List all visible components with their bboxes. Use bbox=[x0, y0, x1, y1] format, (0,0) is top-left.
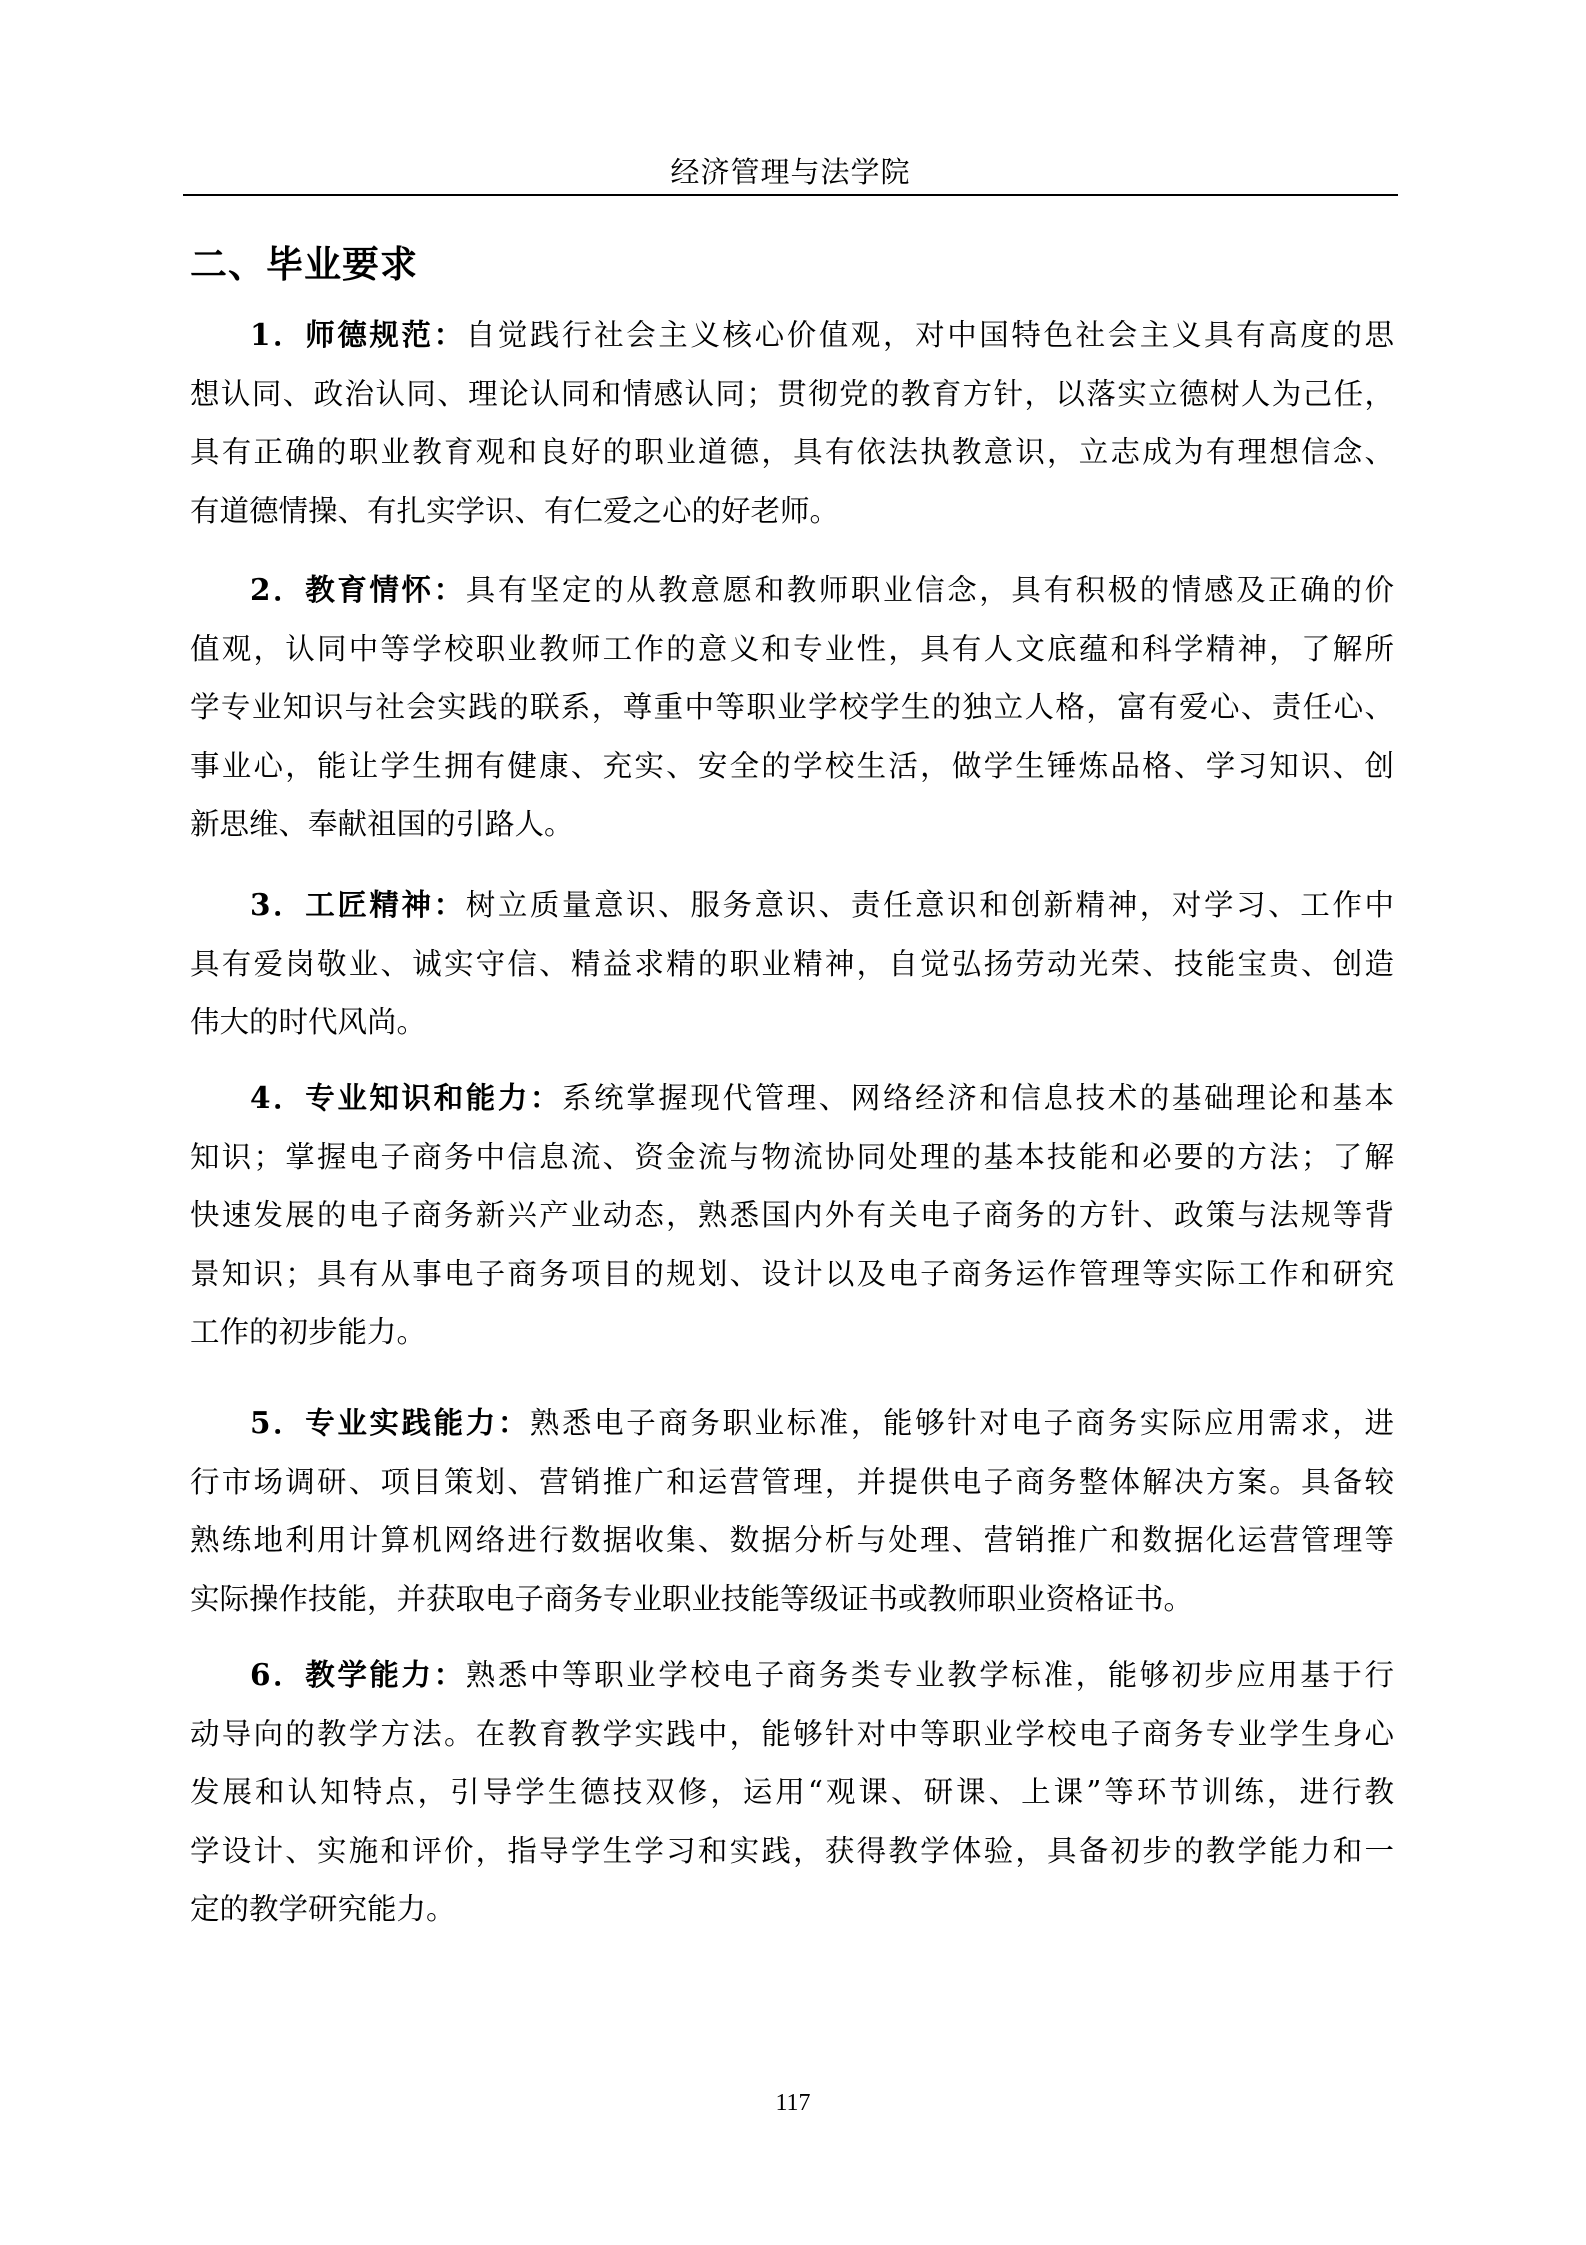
paragraph-line: 2．教育情怀：具有坚定的从教意愿和教师职业信念，具有积极的情感及正确的价 bbox=[190, 561, 1394, 620]
page-header-title: 经济管理与法学院 bbox=[183, 150, 1398, 194]
paragraph-line: 学设计、实施和评价，指导学生学习和实践，获得教学体验，具备初步的教学能力和一 bbox=[190, 1822, 1394, 1881]
paragraph-line: 实际操作技能，并获取电子商务专业职业技能等级证书或教师职业资格证书。 bbox=[190, 1570, 1394, 1629]
paragraph-line: 1．师德规范：自觉践行社会主义核心价值观，对中国特色社会主义具有高度的思 bbox=[190, 306, 1394, 365]
line-text: 熟悉电子商务职业标准，能够针对电子商务实际应用需求，进 bbox=[530, 1406, 1394, 1440]
paragraph-line: 4．专业知识和能力：系统掌握现代管理、网络经济和信息技术的基础理论和基本 bbox=[190, 1069, 1394, 1128]
requirement-paragraph-1: 1．师德规范：自觉践行社会主义核心价值观，对中国特色社会主义具有高度的思 想认同… bbox=[190, 306, 1394, 540]
requirement-paragraph-5: 5．专业实践能力：熟悉电子商务职业标准，能够针对电子商务实际应用需求，进 行市场… bbox=[190, 1394, 1394, 1628]
line-text: 树立质量意识、服务意识、责任意识和创新精神，对学习、工作中 bbox=[466, 888, 1394, 922]
line-text: 具有坚定的从教意愿和教师职业信念，具有积极的情感及正确的价 bbox=[466, 573, 1394, 607]
paragraph-line: 工作的初步能力。 bbox=[190, 1303, 1394, 1362]
paragraph-line: 5．专业实践能力：熟悉电子商务职业标准，能够针对电子商务实际应用需求，进 bbox=[190, 1394, 1394, 1453]
paragraph-line: 知识；掌握电子商务中信息流、资金流与物流协同处理的基本技能和必要的方法；了解 bbox=[190, 1128, 1394, 1187]
requirement-label: 4．专业知识和能力： bbox=[250, 1080, 562, 1115]
header-divider bbox=[183, 194, 1398, 196]
paragraph-line: 动导向的教学方法。在教育教学实践中，能够针对中等职业学校电子商务专业学生身心 bbox=[190, 1705, 1394, 1764]
paragraph-line: 熟练地利用计算机网络进行数据收集、数据分析与处理、营销推广和数据化运营管理等 bbox=[190, 1511, 1394, 1570]
paragraph-line: 行市场调研、项目策划、营销推广和运营管理，并提供电子商务整体解决方案。具备较 bbox=[190, 1453, 1394, 1512]
paragraph-line: 伟大的时代风尚。 bbox=[190, 993, 1394, 1052]
paragraph-line: 景知识；具有从事电子商务项目的规划、设计以及电子商务运作管理等实际工作和研究 bbox=[190, 1245, 1394, 1304]
requirement-label: 6．教学能力： bbox=[250, 1657, 466, 1692]
paragraph-line: 定的教学研究能力。 bbox=[190, 1880, 1394, 1939]
paragraph-line: 3．工匠精神：树立质量意识、服务意识、责任意识和创新精神，对学习、工作中 bbox=[190, 876, 1394, 935]
requirement-paragraph-4: 4．专业知识和能力：系统掌握现代管理、网络经济和信息技术的基础理论和基本 知识；… bbox=[190, 1069, 1394, 1362]
requirement-paragraph-6: 6．教学能力：熟悉中等职业学校电子商务类专业教学标准，能够初步应用基于行 动导向… bbox=[190, 1646, 1394, 1939]
paragraph-line: 6．教学能力：熟悉中等职业学校电子商务类专业教学标准，能够初步应用基于行 bbox=[190, 1646, 1394, 1705]
line-text: 熟悉中等职业学校电子商务类专业教学标准，能够初步应用基于行 bbox=[466, 1658, 1394, 1692]
requirement-paragraph-2: 2．教育情怀：具有坚定的从教意愿和教师职业信念，具有积极的情感及正确的价 值观，… bbox=[190, 561, 1394, 854]
requirement-label: 1．师德规范： bbox=[250, 317, 466, 352]
paragraph-line: 新思维、奉献祖国的引路人。 bbox=[190, 795, 1394, 854]
paragraph-line: 发展和认知特点，引导学生德技双修，运用“观课、研课、上课”等环节训练，进行教 bbox=[190, 1763, 1394, 1822]
paragraph-line: 快速发展的电子商务新兴产业动态，熟悉国内外有关电子商务的方针、政策与法规等背 bbox=[190, 1186, 1394, 1245]
requirement-paragraph-3: 3．工匠精神：树立质量意识、服务意识、责任意识和创新精神，对学习、工作中 具有爱… bbox=[190, 876, 1394, 1052]
paragraph-line: 具有正确的职业教育观和良好的职业道德，具有依法执教意识，立志成为有理想信念、 bbox=[190, 423, 1394, 482]
requirement-label: 3．工匠精神： bbox=[250, 887, 466, 922]
requirement-label: 2．教育情怀： bbox=[250, 572, 466, 607]
paragraph-line: 想认同、政治认同、理论认同和情感认同；贯彻党的教育方针，以落实立德树人为己任， bbox=[190, 365, 1394, 424]
paragraph-line: 值观，认同中等学校职业教师工作的意义和专业性，具有人文底蕴和科学精神，了解所 bbox=[190, 620, 1394, 679]
line-text: 系统掌握现代管理、网络经济和信息技术的基础理论和基本 bbox=[562, 1081, 1394, 1115]
paragraph-line: 有道德情操、有扎实学识、有仁爱之心的好老师。 bbox=[190, 482, 1394, 541]
section-title: 二、毕业要求 bbox=[190, 240, 418, 290]
page-number: 117 bbox=[0, 2088, 1586, 2118]
line-text: 自觉践行社会主义核心价值观，对中国特色社会主义具有高度的思 bbox=[466, 318, 1394, 352]
paragraph-line: 事业心，能让学生拥有健康、充实、安全的学校生活，做学生锤炼品格、学习知识、创 bbox=[190, 737, 1394, 796]
paragraph-line: 学专业知识与社会实践的联系，尊重中等职业学校学生的独立人格，富有爱心、责任心、 bbox=[190, 678, 1394, 737]
requirement-label: 5．专业实践能力： bbox=[250, 1405, 530, 1440]
paragraph-line: 具有爱岗敬业、诚实守信、精益求精的职业精神，自觉弘扬劳动光荣、技能宝贵、创造 bbox=[190, 935, 1394, 994]
